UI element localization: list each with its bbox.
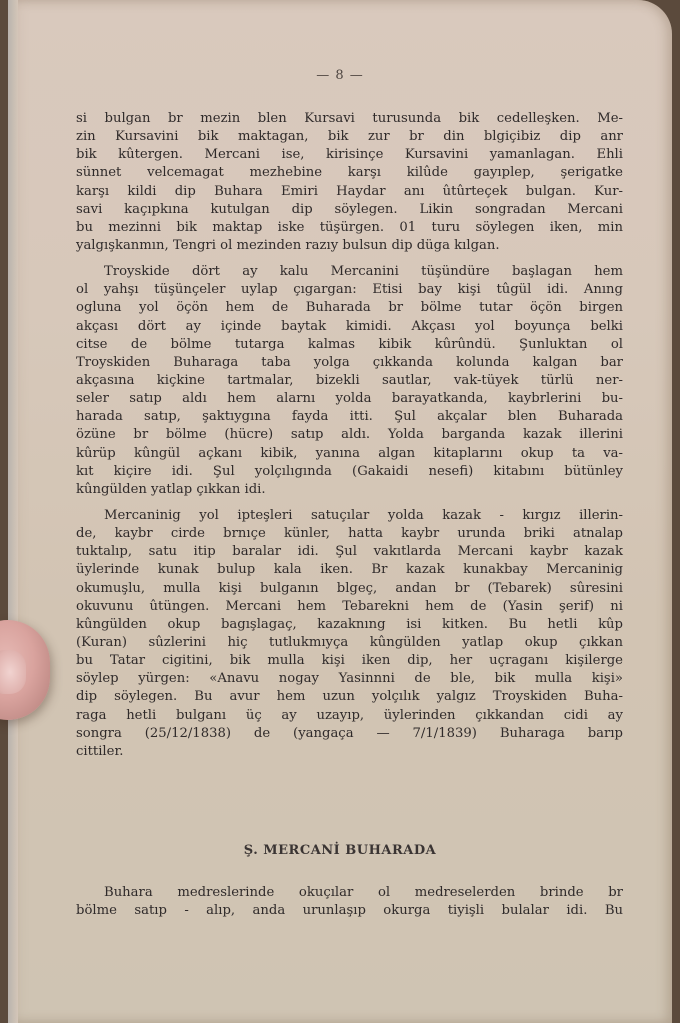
text-line: özüne br bölme (hücre) satıp aldı. Yolda…: [76, 426, 623, 444]
page-number: — 8 —: [8, 68, 672, 83]
text-line: citse de bölme tutarga kalmas kibik kûrû…: [76, 336, 623, 354]
text-line: dip söylegen. Bu avur hem uzun yolçılık …: [76, 688, 623, 706]
text-line: Troyskiden Buharaga taba yolga çıkkanda …: [76, 354, 623, 372]
body-text: si bulgan br mezin blen Kursavi turusund…: [76, 110, 623, 761]
text-line: okuvunu ûtüngen. Mercani hem Tebarekni h…: [76, 598, 623, 616]
text-line: raga hetli bulganı üç ay uzayıp, üylerin…: [76, 707, 623, 725]
text-line: üylerinde kunak bulup kala iken. Br kaza…: [76, 561, 623, 579]
text-line: ol yahşı tüşünçeler uylap çıgargan: Etis…: [76, 281, 623, 299]
text-line: ogluna yol öçön hem de Buharada br bölme…: [76, 299, 623, 317]
book-page: — 8 — si bulgan br mezin blen Kursavi tu…: [8, 0, 672, 1023]
text-line: kıt kiçire idi. Şul yolçılıgında (Gakaid…: [76, 463, 623, 481]
text-line: kûrüp kûngül açkanı kibik, yanına algan …: [76, 445, 623, 463]
page-edge: [8, 0, 18, 1023]
text-line: kûngülden okup bagışlagaç, kazaknıng isi…: [76, 616, 623, 634]
text-line: savi kaçıpkına kutulgan dip söylegen. Li…: [76, 201, 623, 219]
text-line: (Kuran) sûzlerini hiç tutlukmıyça kûngül…: [76, 634, 623, 652]
text-line: akçasına kiçkine tartmalar, bizekli saut…: [76, 372, 623, 390]
text-line: Mercaninig yol ipteşleri satuçılar yolda…: [76, 507, 623, 525]
text-line: cittiler.: [76, 743, 623, 761]
text-line: okumuşlu, mulla kişi bulganın blgeç, and…: [76, 580, 623, 598]
text-line: Troyskide dört ay kalu Mercanini tüşündü…: [76, 263, 623, 281]
text-line: bik kûtergen. Mercani ise, kirisinçe Kur…: [76, 146, 623, 164]
text-line: sünnet velcemagat mezhebine karşı kilûde…: [76, 164, 623, 182]
text-line: bu Tatar cigitini, bik mulla kişi iken d…: [76, 652, 623, 670]
text-line: songra (25/12/1838) de (yangaça — 7/1/18…: [76, 725, 623, 743]
text-line: akçası dört ay içinde baytak kimidi. Akç…: [76, 318, 623, 336]
text-line: söylep yürgen: «Anavu nogay Yasinnni de …: [76, 670, 623, 688]
text-line: karşı kildi dip Buhara Emiri Haydar anı …: [76, 183, 623, 201]
text-line: zin Kursavini bik maktagan, bik zur br d…: [76, 128, 623, 146]
text-line: bölme satıp - alıp, anda urunlaşıp okurg…: [76, 902, 623, 920]
text-line: Buhara medreslerinde okuçılar ol medrese…: [76, 884, 623, 902]
section-heading: Ş. MERCANİ BUHARADA: [8, 843, 672, 858]
text-line: kûngülden yatlap çıkkan idi.: [76, 481, 623, 499]
text-line: harada satıp, şaktıygına fayda itti. Şul…: [76, 408, 623, 426]
text-line: tuktalıp, satu itip baralar idi. Şul vak…: [76, 543, 623, 561]
text-line: bu mezinni bik maktap iske tüşürgen. 01 …: [76, 219, 623, 237]
text-line: seler satıp aldı hem alarnı yolda baraya…: [76, 390, 623, 408]
section-body-text: Buhara medreslerinde okuçılar ol medrese…: [76, 884, 623, 920]
text-line: si bulgan br mezin blen Kursavi turusund…: [76, 110, 623, 128]
text-line: yalgışkanmın, Tengri ol mezinden razıy b…: [76, 237, 623, 255]
thumbnail: [0, 650, 26, 694]
text-line: de, kaybr cirde brnıçe künler, hatta kay…: [76, 525, 623, 543]
